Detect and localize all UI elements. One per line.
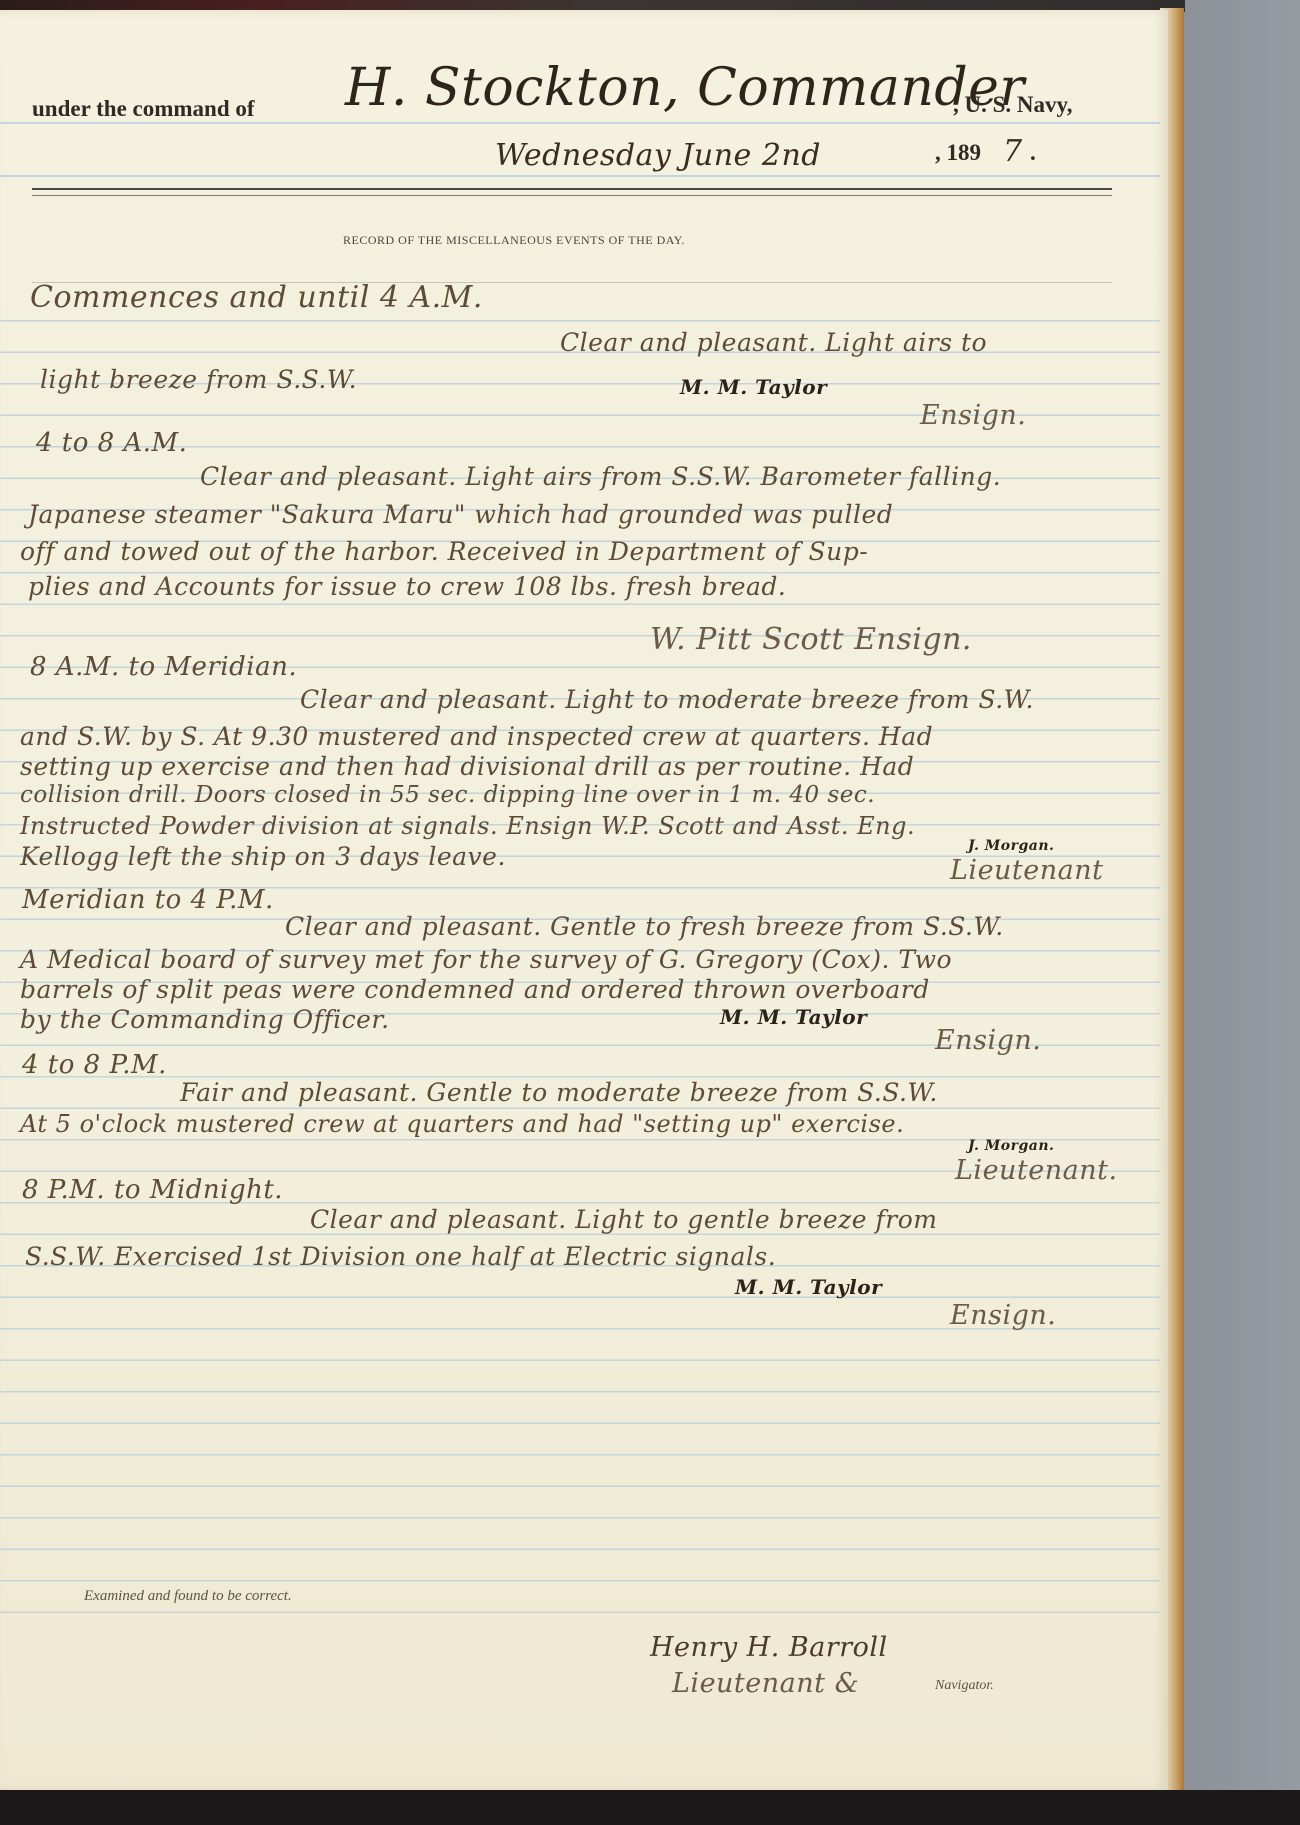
entry-time: 8 P.M. to Midnight. bbox=[22, 1175, 283, 1205]
header-double-rule bbox=[32, 188, 1112, 196]
entry-line: plies and Accounts for issue to crew 108… bbox=[28, 572, 786, 601]
header-year-suffix: . bbox=[1030, 140, 1036, 166]
navigator-title: Navigator. bbox=[935, 1678, 994, 1694]
logbook-page: under the command of H. Stockton, Comman… bbox=[0, 10, 1168, 1790]
entry-rank: Ensign. bbox=[920, 400, 1026, 431]
entry-signature: J. Morgan. bbox=[968, 838, 1054, 854]
navigator-rank: Lieutenant & bbox=[672, 1668, 859, 1699]
entry-line: Fair and pleasant. Gentle to moderate br… bbox=[180, 1078, 938, 1107]
navigator-signature: Henry H. Barroll bbox=[650, 1632, 888, 1663]
entry-rank: Ensign. bbox=[950, 1300, 1056, 1331]
entry-line: Kellogg left the ship on 3 days leave. bbox=[20, 842, 506, 871]
entry-line: by the Commanding Officer. bbox=[20, 1005, 390, 1034]
entry-signature: M. M. Taylor bbox=[680, 375, 827, 399]
entry-line: and S.W. by S. At 9.30 mustered and insp… bbox=[20, 722, 933, 751]
header-service: , U. S. Navy, bbox=[953, 92, 1073, 118]
entry-line: Clear and pleasant. Light to gentle bree… bbox=[310, 1205, 938, 1234]
header-year-digit: 7 bbox=[1003, 134, 1023, 169]
entry-line: Instructed Powder division at signals. E… bbox=[20, 812, 915, 840]
entry-line: At 5 o'clock mustered crew at quarters a… bbox=[20, 1110, 904, 1138]
entry-line: Japanese steamer "Sakura Maru" which had… bbox=[28, 500, 893, 529]
log-date: Wednesday June 2nd bbox=[495, 138, 821, 173]
entry-time: 4 to 8 P.M. bbox=[22, 1050, 167, 1080]
entry-signature: M. M. Taylor bbox=[735, 1275, 882, 1299]
entry-line: light breeze from S.S.W. bbox=[40, 365, 357, 394]
entry-time: Meridian to 4 P.M. bbox=[22, 885, 274, 915]
entry-line: collision drill. Doors closed in 55 sec.… bbox=[20, 782, 875, 808]
entry-signature: J. Morgan. bbox=[968, 1138, 1054, 1154]
examined-statement: Examined and found to be correct. bbox=[84, 1588, 292, 1605]
entry-line: setting up exercise and then had divisio… bbox=[20, 752, 914, 781]
entry-line: Clear and pleasant. Light to moderate br… bbox=[300, 685, 1034, 714]
entry-line: A Medical board of survey met for the su… bbox=[20, 945, 952, 974]
entry-line: barrels of split peas were condemned and… bbox=[20, 975, 930, 1004]
entry-line: Clear and pleasant. Light airs from S.S.… bbox=[200, 462, 1001, 491]
book-cover-bottom bbox=[0, 1790, 1300, 1825]
entry-rank: Lieutenant bbox=[950, 855, 1104, 886]
entry-signature: W. Pitt Scott Ensign. bbox=[650, 622, 972, 657]
entry-rank: Lieutenant. bbox=[955, 1155, 1118, 1186]
header-rule bbox=[0, 122, 1160, 124]
entry-line: Clear and pleasant. Gentle to fresh bree… bbox=[285, 912, 1004, 941]
header-prefix: under the command of bbox=[32, 96, 255, 122]
entry-line: off and towed out of the harbor. Receive… bbox=[20, 537, 868, 566]
entry-line: Clear and pleasant. Light airs to bbox=[560, 328, 987, 357]
background-surface bbox=[1185, 0, 1300, 1790]
entry-time: 4 to 8 A.M. bbox=[36, 428, 187, 458]
header-rule bbox=[0, 175, 1160, 177]
section-title: RECORD OF THE MISCELLANEOUS EVENTS OF TH… bbox=[343, 233, 685, 248]
entry-time: 8 A.M. to Meridian. bbox=[30, 652, 297, 682]
header-year-printed: , 189 bbox=[935, 140, 981, 166]
commander-name: H. Stockton, Commander bbox=[345, 58, 1025, 118]
entry-line: S.S.W. Exercised 1st Division one half a… bbox=[25, 1242, 776, 1271]
entry-time: Commences and until 4 A.M. bbox=[30, 280, 483, 315]
entry-rank: Ensign. bbox=[935, 1025, 1041, 1056]
entry-signature: M. M. Taylor bbox=[720, 1005, 867, 1029]
